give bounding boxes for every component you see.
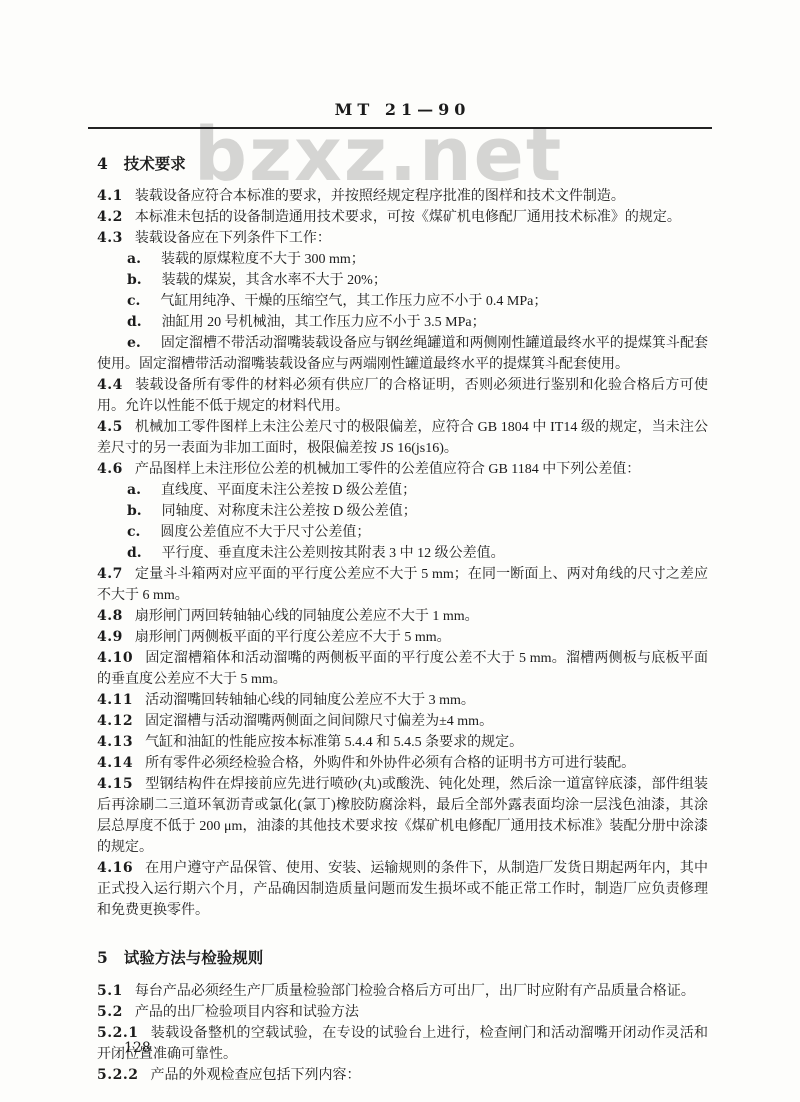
clause-number: 4.11 xyxy=(97,692,133,708)
clause-4-3: 4.3装载设备应在下列条件下工作： xyxy=(97,228,708,249)
item-label: c. xyxy=(127,524,140,540)
clause-text: 气缸和油缸的性能应按本标准第 5.4.4 和 5.4.5 条要求的规定。 xyxy=(145,735,523,750)
clause-4-12: 4.12固定溜槽与活动溜嘴两侧面之间间隙尺寸偏差为±4 mm。 xyxy=(97,711,708,732)
clause-4-2: 4.2本标准未包括的设备制造通用技术要求，可按《煤矿机电修配厂通用技术标准》的规… xyxy=(97,207,708,228)
item-label: e. xyxy=(127,335,141,351)
clause-number: 4.8 xyxy=(97,608,123,624)
clause-number: 4.4 xyxy=(97,377,123,393)
item-text: 装载的原煤粒度不大于 300 mm； xyxy=(161,252,365,267)
clause-text: 装载设备应在下列条件下工作： xyxy=(135,231,331,246)
list-item-d: d.平行度、垂直度未注公差则按其附表 3 中 12 级公差值。 xyxy=(97,543,708,564)
clause-number: 5.1 xyxy=(97,983,123,999)
clause-4-9: 4.9扇形闸门两侧板平面的平行度公差应不大于 5 mm。 xyxy=(97,627,708,648)
clause-number: 4.15 xyxy=(97,776,133,792)
clause-text: 活动溜嘴回转轴轴心线的同轴度公差应不大于 3 mm。 xyxy=(145,693,475,708)
item-text: 直线度、平面度未注公差按 D 级公差值； xyxy=(161,483,416,498)
page-content: MT 21—90 4技术要求 4.1装载设备应符合本标准的要求，并按照经规定程序… xyxy=(0,0,800,1086)
clause-number: 5.2 xyxy=(97,1004,123,1020)
list-item-b: b.同轴度、对称度未注公差按 D 级公差值； xyxy=(97,501,708,522)
clause-4-16: 4.16在用户遵守产品保管、使用、安装、运输规则的条件下，从制造厂发货日期起两年… xyxy=(97,858,708,921)
section-heading-5: 5试验方法与检验规则 xyxy=(97,947,708,970)
list-item-c: c.圆度公差值应不大于尺寸公差值； xyxy=(97,522,708,543)
clause-4-1: 4.1装载设备应符合本标准的要求，并按照经规定程序批准的图样和技术文件制造。 xyxy=(97,186,708,207)
list-item-a: a.直线度、平面度未注公差按 D 级公差值； xyxy=(97,480,708,501)
clause-text: 产品的外观检查应包括下列内容： xyxy=(150,1068,360,1083)
section-number: 5 xyxy=(97,947,108,969)
item-text: 圆度公差值应不大于尺寸公差值； xyxy=(160,525,370,540)
document-page: bzxz.net MT 21—90 4技术要求 4.1装载设备应符合本标准的要求… xyxy=(0,0,800,1102)
clause-number: 5.2.2 xyxy=(97,1067,138,1083)
clause-4-7: 4.7定量斗斗箱两对应平面的平行度公差应不大于 5 mm；在同一断面上、两对角线… xyxy=(97,564,708,606)
clause-text: 装载设备应符合本标准的要求，并按照经规定程序批准的图样和技术文件制造。 xyxy=(135,189,625,204)
clause-text: 定量斗斗箱两对应平面的平行度公差应不大于 5 mm；在同一断面上、两对角线的尺寸… xyxy=(97,567,708,603)
clause-number: 4.7 xyxy=(97,566,123,582)
clause-text: 产品图样上未注形位公差的机械加工零件的公差值应符合 GB 1184 中下列公差值… xyxy=(135,462,640,477)
list-item-c: c.气缸用纯净、干燥的压缩空气，其工作压力应不小于 0.4 MPa； xyxy=(97,291,708,312)
clause-text: 扇形闸门两侧板平面的平行度公差应不大于 5 mm。 xyxy=(135,630,451,645)
item-label: b. xyxy=(127,272,142,288)
clause-number: 4.2 xyxy=(97,209,123,225)
clause-4-11: 4.11活动溜嘴回转轴轴心线的同轴度公差应不大于 3 mm。 xyxy=(97,690,708,711)
item-text: 装载的煤炭，其含水率不大于 20%； xyxy=(162,273,387,288)
clause-text: 所有零件必须经检验合格，外购件和外协件必须有合格的证明书方可进行装配。 xyxy=(145,756,635,771)
page-number: 128 xyxy=(124,1040,151,1056)
item-label: b. xyxy=(127,503,142,519)
item-text: 固定溜槽不带活动溜嘴装载设备应与钢丝绳罐道和两侧刚性罐道最终水平的提煤箕斗配套使… xyxy=(97,336,708,372)
item-text: 平行度、垂直度未注公差则按其附表 3 中 12 级公差值。 xyxy=(162,546,505,561)
clause-text: 机械加工零件图样上未注公差尺寸的极限偏差，应符合 GB 1804 中 IT14 … xyxy=(97,420,708,456)
list-item-a: a.装载的原煤粒度不大于 300 mm； xyxy=(97,249,708,270)
list-item-b: b.装载的煤炭，其含水率不大于 20%； xyxy=(97,270,708,291)
clause-number: 4.14 xyxy=(97,755,133,771)
clause-5-2: 5.2产品的出厂检验项目内容和试验方法 xyxy=(97,1002,708,1023)
item-label: c. xyxy=(127,293,140,309)
header-rule xyxy=(88,127,712,129)
clause-number: 4.3 xyxy=(97,230,123,246)
clause-4-13: 4.13气缸和油缸的性能应按本标准第 5.4.4 和 5.4.5 条要求的规定。 xyxy=(97,732,708,753)
clause-text: 装载设备整机的空载试验，在专设的试验台上进行，检查闸门和活动溜嘴开闭动作灵活和开… xyxy=(97,1026,708,1062)
clause-text: 本标准未包括的设备制造通用技术要求，可按《煤矿机电修配厂通用技术标准》的规定。 xyxy=(135,210,681,225)
clause-number: 4.5 xyxy=(97,419,123,435)
clause-number: 4.16 xyxy=(97,860,133,876)
clause-4-6: 4.6产品图样上未注形位公差的机械加工零件的公差值应符合 GB 1184 中下列… xyxy=(97,459,708,480)
clause-text: 每台产品必须经生产厂质量检验部门检验合格后方可出厂，出厂时应附有产品质量合格证。 xyxy=(135,984,695,999)
clause-number: 5.2.1 xyxy=(97,1025,138,1041)
clause-text: 装载设备所有零件的材料必须有供应厂的合格证明，否则必须进行鉴别和化验合格后方可使… xyxy=(97,378,708,414)
clause-4-5: 4.5机械加工零件图样上未注公差尺寸的极限偏差，应符合 GB 1804 中 IT… xyxy=(97,417,708,459)
clause-4-10: 4.10固定溜槽箱体和活动溜嘴的两侧板平面的平行度公差不大于 5 mm。溜槽两侧… xyxy=(97,648,708,690)
item-label: a. xyxy=(127,251,141,267)
clause-5-1: 5.1每台产品必须经生产厂质量检验部门检验合格后方可出厂，出厂时应附有产品质量合… xyxy=(97,981,708,1002)
clause-number: 4.10 xyxy=(97,650,133,666)
section-title: 技术要求 xyxy=(124,156,186,173)
clause-number: 4.1 xyxy=(97,188,123,204)
item-label: d. xyxy=(127,314,142,330)
section-heading-4: 4技术要求 xyxy=(97,153,708,176)
clause-5-2-1: 5.2.1装载设备整机的空载试验，在专设的试验台上进行，检查闸门和活动溜嘴开闭动… xyxy=(97,1023,708,1065)
item-label: d. xyxy=(127,545,142,561)
item-text: 气缸用纯净、干燥的压缩空气，其工作压力应不小于 0.4 MPa； xyxy=(160,294,547,309)
clause-text: 固定溜槽箱体和活动溜嘴的两侧板平面的平行度公差不大于 5 mm。溜槽两侧板与底板… xyxy=(97,651,708,687)
clause-4-4: 4.4装载设备所有零件的材料必须有供应厂的合格证明，否则必须进行鉴别和化验合格后… xyxy=(97,375,708,417)
list-item-e: e.固定溜槽不带活动溜嘴装载设备应与钢丝绳罐道和两侧刚性罐道最终水平的提煤箕斗配… xyxy=(97,333,708,375)
clause-text: 产品的出厂检验项目内容和试验方法 xyxy=(135,1005,359,1020)
standard-code-header: MT 21—90 xyxy=(97,100,708,120)
list-item-d: d.油缸用 20 号机械油，其工作压力应不小于 3.5 MPa； xyxy=(97,312,708,333)
section-number: 4 xyxy=(97,153,108,175)
clause-text: 型钢结构件在焊接前应先进行喷砂(丸)或酸洗、钝化处理，然后涂一道富锌底漆，部件组… xyxy=(97,777,708,855)
clause-4-8: 4.8扇形闸门两回转轴轴心线的同轴度公差应不大于 1 mm。 xyxy=(97,606,708,627)
item-label: a. xyxy=(127,482,141,498)
clause-text: 在用户遵守产品保管、使用、安装、运输规则的条件下，从制造厂发货日期起两年内，其中… xyxy=(97,861,708,918)
clause-number: 4.12 xyxy=(97,713,133,729)
clause-number: 4.13 xyxy=(97,734,133,750)
clause-number: 4.6 xyxy=(97,461,123,477)
clause-4-15: 4.15型钢结构件在焊接前应先进行喷砂(丸)或酸洗、钝化处理，然后涂一道富锌底漆… xyxy=(97,774,708,858)
clause-text: 扇形闸门两回转轴轴心线的同轴度公差应不大于 1 mm。 xyxy=(135,609,479,624)
clause-number: 4.9 xyxy=(97,629,123,645)
clause-5-2-2: 5.2.2产品的外观检查应包括下列内容： xyxy=(97,1065,708,1086)
item-text: 油缸用 20 号机械油，其工作压力应不小于 3.5 MPa； xyxy=(162,315,486,330)
clause-4-14: 4.14所有零件必须经检验合格，外购件和外协件必须有合格的证明书方可进行装配。 xyxy=(97,753,708,774)
section-title: 试验方法与检验规则 xyxy=(124,950,264,967)
clause-text: 固定溜槽与活动溜嘴两侧面之间间隙尺寸偏差为±4 mm。 xyxy=(145,714,493,729)
item-text: 同轴度、对称度未注公差按 D 级公差值； xyxy=(162,504,417,519)
